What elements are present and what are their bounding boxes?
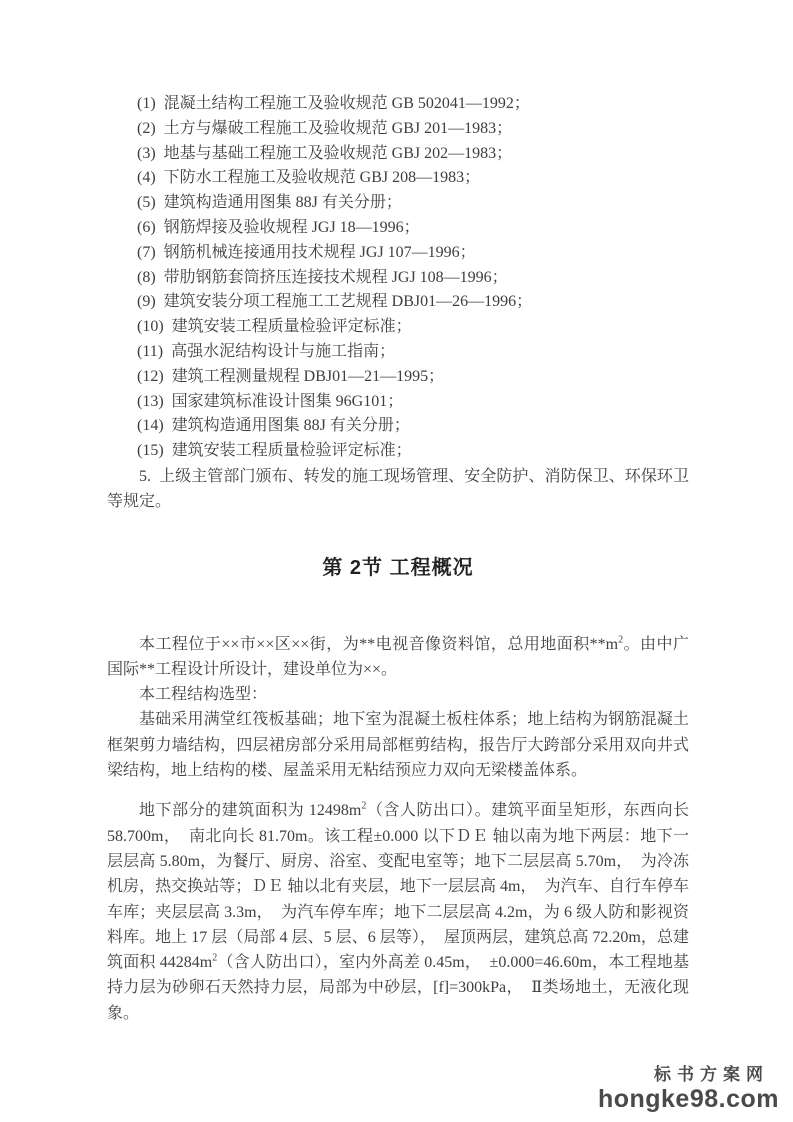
section-body: 本工程位于××市××区××街，为**电视音像资料馆，总用地面积**m2。由中广国… [107, 632, 689, 1026]
section-heading: 第 2节 工程概况 [107, 551, 689, 580]
watermark: 标书方案网 hongke98.com [598, 1065, 779, 1112]
list-item: (2) 土方与爆破工程施工及验收规范 GBJ 201—1983； [107, 117, 689, 142]
page-content: (1) 混凝土结构工程施工及验收规范 GB 502041—1992；(2) 土方… [107, 92, 689, 1026]
list-item: (4) 下防水工程施工及验收规范 GBJ 208—1983； [107, 166, 689, 191]
document-page: (1) 混凝土结构工程施工及验收规范 GB 502041—1992；(2) 土方… [0, 0, 793, 1122]
paragraph: 本工程位于××市××区××街，为**电视音像资料馆，总用地面积**m2。由中广国… [107, 632, 689, 683]
paragraph: 基础采用满堂红筏板基础；地下室为混凝土板柱体系；地上结构为钢筋混凝土框架剪力墙结… [107, 707, 689, 783]
list-item: (14) 建筑构造通用图集 88J 有关分册； [107, 414, 689, 439]
list-item: (10) 建筑安装工程质量检验评定标准； [107, 315, 689, 340]
paragraph: 本工程结构选型： [107, 682, 689, 707]
list-item: (8) 带肋钢筋套筒挤压连接技术规程 JGJ 108—1996； [107, 266, 689, 291]
watermark-domain: hongke98.com [598, 1086, 779, 1112]
text-run: 地下部分的建筑面积为 12498m [139, 802, 361, 819]
reference-list: (1) 混凝土结构工程施工及验收规范 GB 502041—1992；(2) 土方… [107, 92, 689, 464]
text-run: 基础采用满堂红筏板基础；地下室为混凝土板柱体系；地上结构为钢筋混凝土框架剪力墙结… [107, 711, 689, 779]
item5-paragraph: 5. 上级主管部门颁布、转发的施工现场管理、安全防护、消防保卫、环保环卫等规定。 [107, 464, 689, 515]
paragraph: 地下部分的建筑面积为 12498m2（含人防出口）。建筑平面呈矩形，东西向长 5… [107, 798, 689, 1026]
list-item: (6) 钢筋焊接及验收规程 JGJ 18—1996； [107, 216, 689, 241]
list-item: (3) 地基与基础工程施工及验收规范 GBJ 202—1983； [107, 142, 689, 167]
list-item: (12) 建筑工程测量规程 DBJ01—21—1995； [107, 365, 689, 390]
list-item: (11) 高强水泥结构设计与施工指南； [107, 340, 689, 365]
text-run: （含人防出口）。建筑平面呈矩形，东西向长 58.700m， 南北向长 81.70… [107, 802, 693, 971]
watermark-site-name: 标书方案网 [598, 1065, 769, 1085]
list-item: (13) 国家建筑标准设计图集 96G101； [107, 390, 689, 415]
text-run: 本工程结构选型： [139, 686, 267, 703]
list-item: (9) 建筑安装分项工程施工工艺规程 DBJ01—26—1996； [107, 290, 689, 315]
list-item: (1) 混凝土结构工程施工及验收规范 GB 502041—1992； [107, 92, 689, 117]
list-item: (15) 建筑安装工程质量检验评定标准； [107, 439, 689, 464]
list-item: (5) 建筑构造通用图集 88J 有关分册； [107, 191, 689, 216]
list-item: (7) 钢筋机械连接通用技术规程 JGJ 107—1996； [107, 241, 689, 266]
text-run: 本工程位于××市××区××街，为**电视音像资料馆，总用地面积**m [139, 636, 618, 653]
